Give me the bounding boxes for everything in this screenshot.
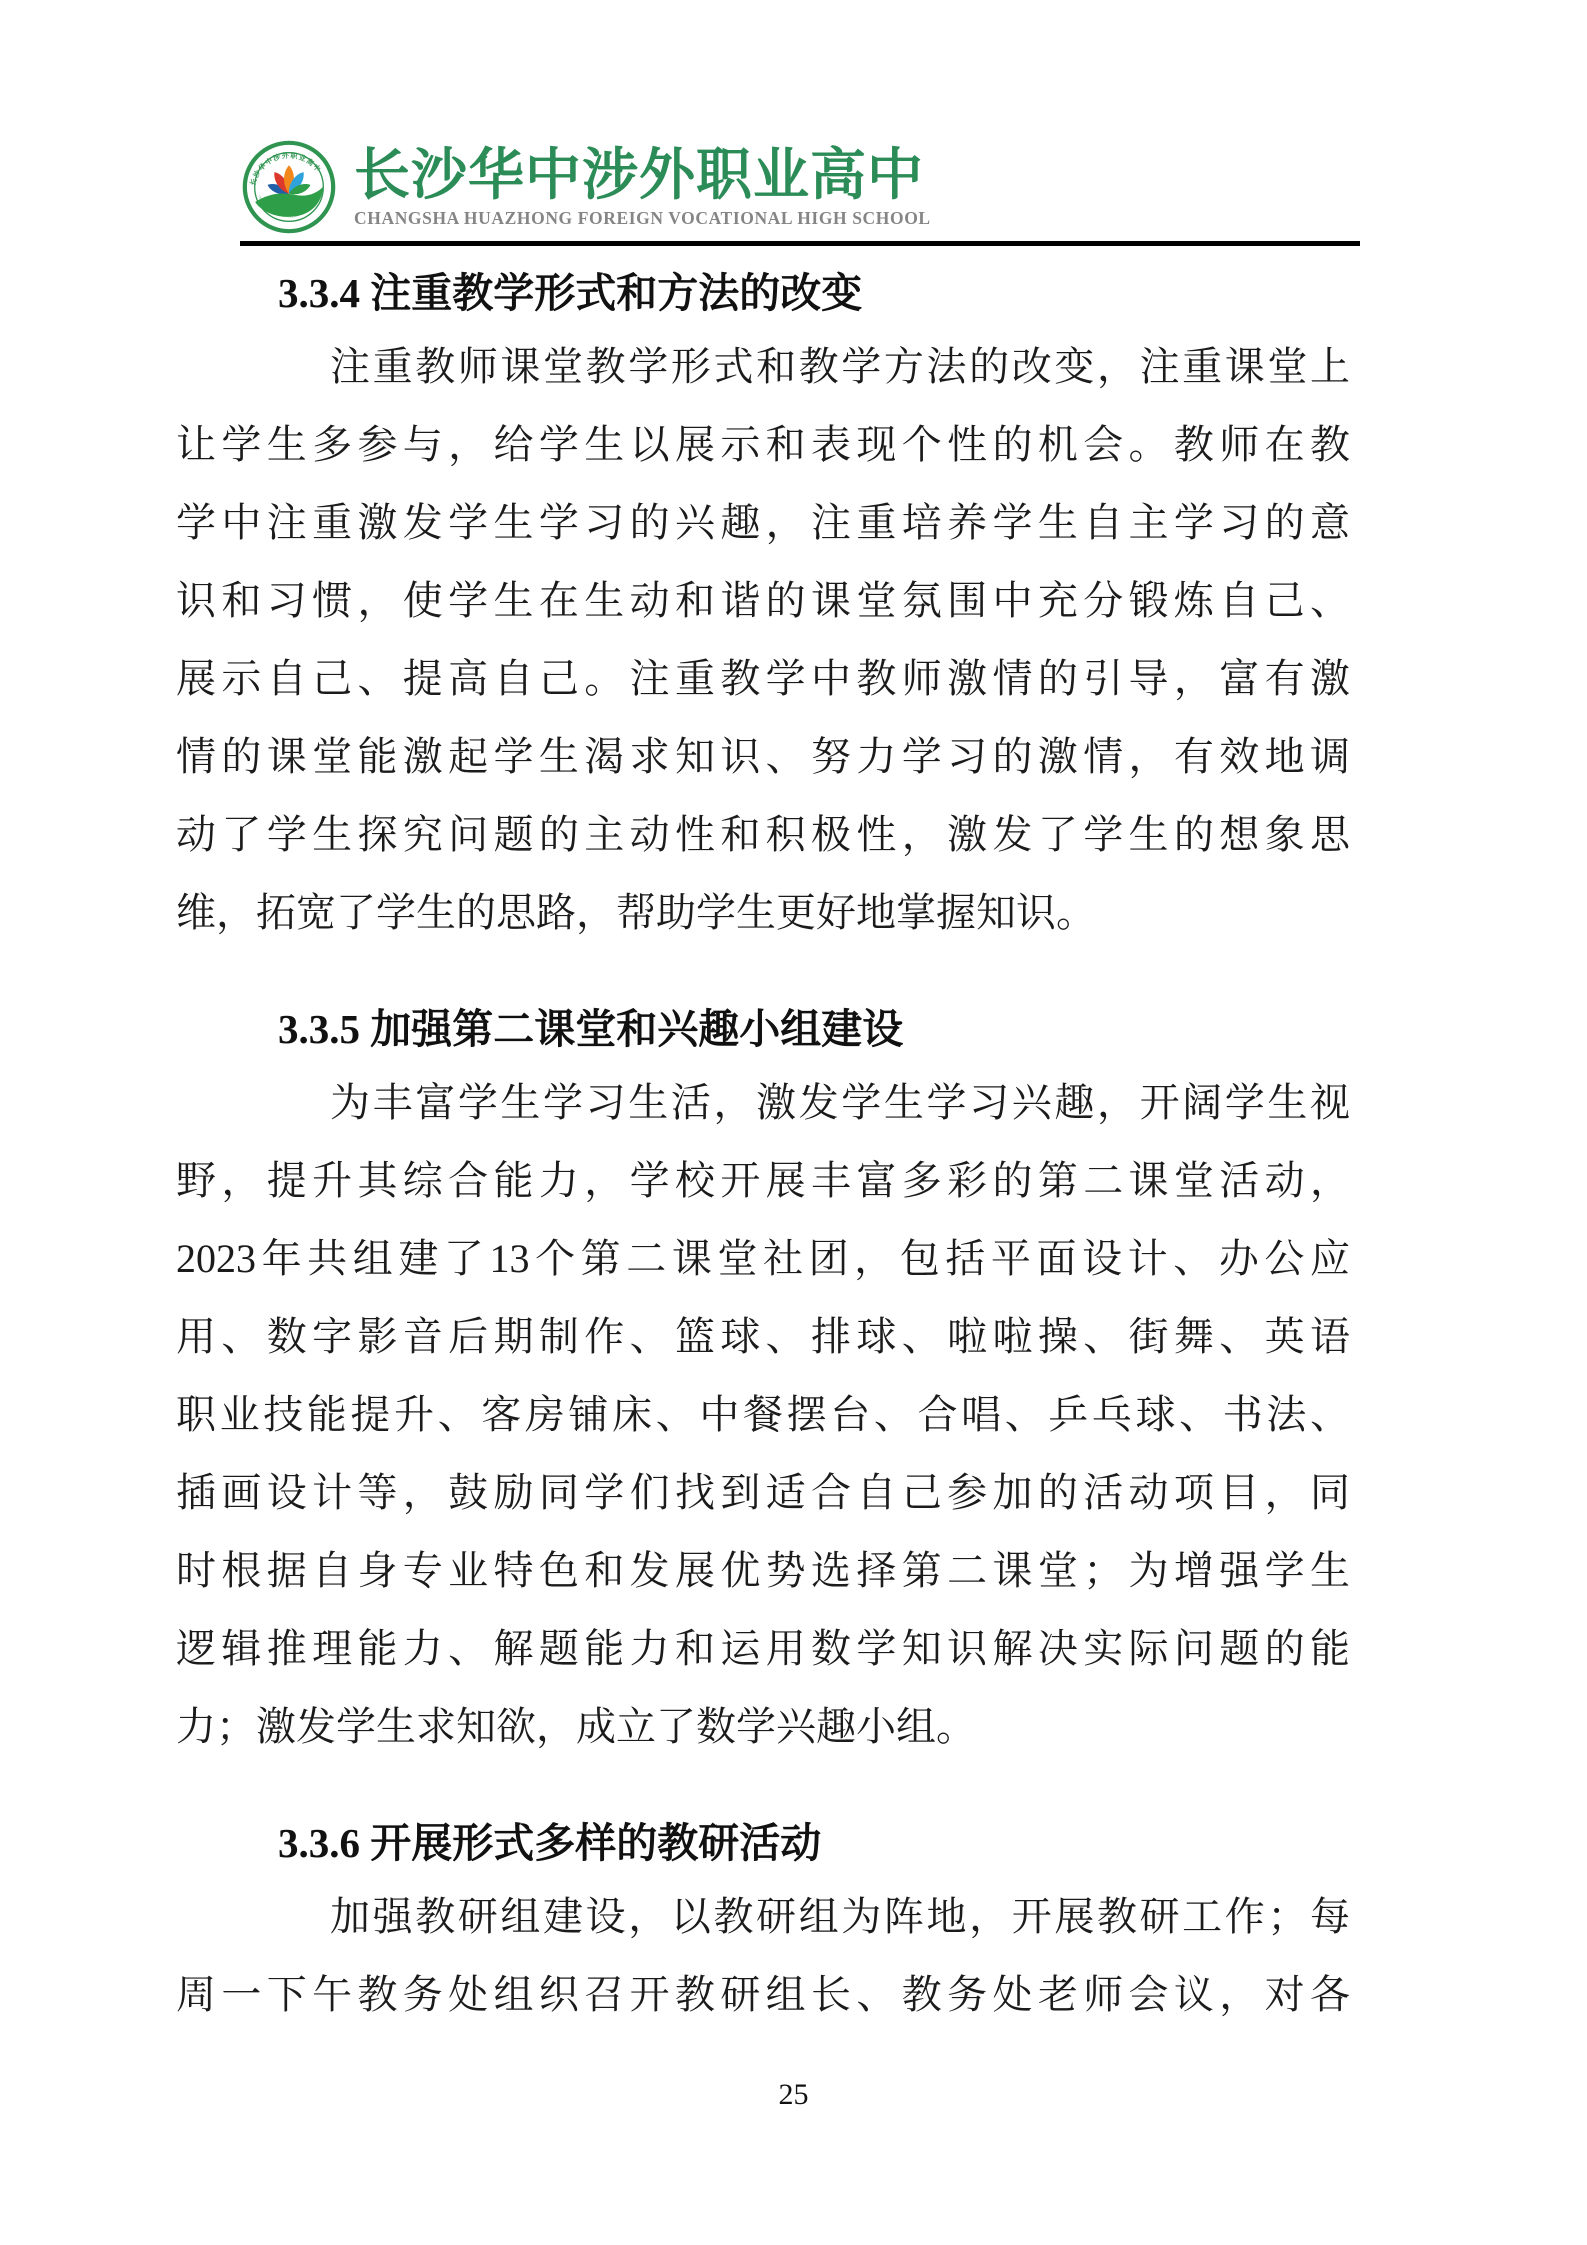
body-line: 学中注重激发学生学习的兴趣，注重培养学生自主学习的意 [176, 484, 1350, 562]
school-emblem-icon: 长沙华中涉外职业高中 CHANGSHA HUAZHONG FOREIGN VOC… [242, 140, 336, 234]
body-line: 插画设计等，鼓励同学们找到适合自己参加的活动项目，同 [176, 1454, 1350, 1532]
body-line: 职业技能提升、客房铺床、中餐摆台、合唱、乒乓球、书法、 [176, 1376, 1350, 1454]
body-line: 周一下午教务处组织召开教研组长、教务处老师会议，对各 [176, 1956, 1350, 2034]
body-line: 逻辑推理能力、解题能力和运用数学知识解决实际问题的能 [176, 1610, 1350, 1688]
body-line: 让学生多参与，给学生以展示和表现个性的机会。教师在教 [176, 406, 1350, 484]
body-line: 2023年共组建了13个第二课堂社团，包括平面设计、办公应 [176, 1220, 1350, 1298]
body-line: 识和习惯，使学生在生动和谐的课堂氛围中充分锻炼自己、 [176, 562, 1350, 640]
body-line: 情的课堂能激起学生渴求知识、努力学习的激情，有效地调 [176, 718, 1350, 796]
school-logo: 长沙华中涉外职业高中 CHANGSHA HUAZHONG FOREIGN VOC… [242, 140, 931, 234]
section-heading: 3.3.5 加强第二课堂和兴趣小组建设 [176, 994, 1350, 1064]
header-divider [240, 241, 1360, 246]
logo-text: 长沙华中涉外职业高中 CHANGSHA HUAZHONG FOREIGN VOC… [354, 144, 931, 230]
body-line: 加强教研组建设，以教研组为阵地，开展教研工作；每 [176, 1878, 1350, 1956]
section-heading: 3.3.4 注重教学形式和方法的改变 [176, 258, 1350, 328]
body-line: 注重教师课堂教学形式和教学方法的改变，注重课堂上 [176, 328, 1350, 406]
body-line: 维，拓宽了学生的思路，帮助学生更好地掌握知识。 [176, 874, 1350, 952]
body-line: 为丰富学生学习生活，激发学生学习兴趣，开阔学生视 [176, 1064, 1350, 1142]
body-line: 野，提升其综合能力，学校开展丰富多彩的第二课堂活动， [176, 1142, 1350, 1220]
document-body: 3.3.4 注重教学形式和方法的改变注重教师课堂教学形式和教学方法的改变，注重课… [176, 258, 1350, 2034]
school-name-en: CHANGSHA HUAZHONG FOREIGN VOCATIONAL HIG… [354, 206, 931, 230]
body-line: 展示自己、提高自己。注重教学中教师激情的引导，富有激 [176, 640, 1350, 718]
body-line: 力；激发学生求知欲，成立了数学兴趣小组。 [176, 1688, 1350, 1766]
body-line: 动了学生探究问题的主动性和积极性，激发了学生的想象思 [176, 796, 1350, 874]
section-heading: 3.3.6 开展形式多样的教研活动 [176, 1808, 1350, 1878]
body-line: 用、数字影音后期制作、篮球、排球、啦啦操、街舞、英语 [176, 1298, 1350, 1376]
body-line: 时根据自身专业特色和发展优势选择第二课堂；为增强学生 [176, 1532, 1350, 1610]
page-number: 25 [0, 2078, 1587, 2112]
school-name-zh: 长沙华中涉外职业高中 [354, 144, 931, 206]
document-page: 长沙华中涉外职业高中 CHANGSHA HUAZHONG FOREIGN VOC… [0, 0, 1587, 2245]
